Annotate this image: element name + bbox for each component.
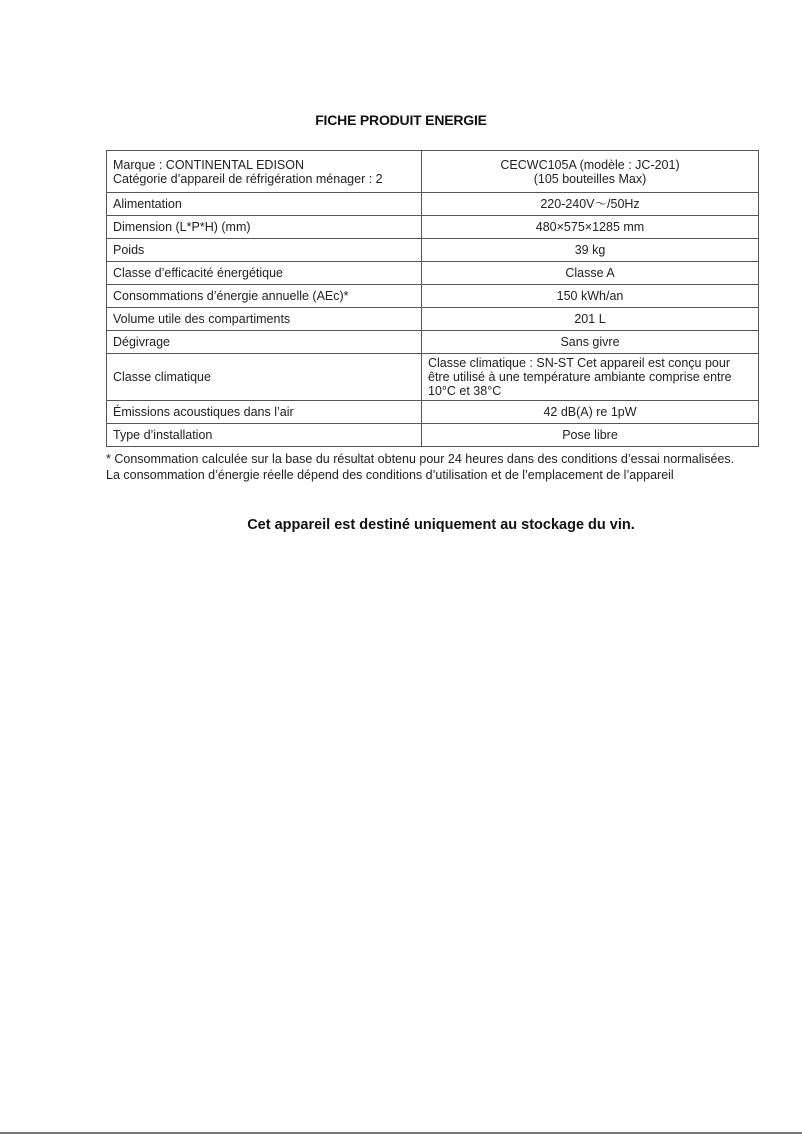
table-row: Classe d’efficacité énergétique Classe A: [107, 262, 759, 285]
climate-label: Classe climatique: [107, 354, 422, 401]
row-value: Sans givre: [422, 331, 759, 354]
row-label: Consommations d’énergie annuelle (AEc)*: [107, 285, 422, 308]
row-value: 201 L: [422, 308, 759, 331]
table-row: Dégivrage Sans givre: [107, 331, 759, 354]
row-label: Classe d’efficacité énergétique: [107, 262, 422, 285]
row-value: 480×575×1285 mm: [422, 216, 759, 239]
category-label: Catégorie d’appareil de réfrigération mé…: [113, 172, 415, 186]
wine-storage-notice: Cet appareil est destiné uniquement au s…: [0, 517, 802, 533]
footnote-line: * Consommation calculée sur la base du r…: [106, 451, 786, 467]
row-label: Type d’installation: [107, 424, 422, 447]
climate-value-line: 10°C et 38°C: [428, 384, 752, 398]
row-value: Pose libre: [422, 424, 759, 447]
row-label: Alimentation: [107, 193, 422, 216]
footnote-line: La consommation d’énergie réelle dépend …: [106, 467, 786, 483]
row-value: Classe A: [422, 262, 759, 285]
table-row: Alimentation 220-240V～/50Hz: [107, 193, 759, 216]
climate-value-line: Classe climatique : SN-ST Cet appareil e…: [428, 356, 752, 370]
document-title: FICHE PRODUIT ENERGIE: [0, 112, 802, 128]
table-row-brand: Marque : CONTINENTAL EDISON Catégorie d’…: [107, 151, 759, 193]
row-label: Dégivrage: [107, 331, 422, 354]
brand-value-cell: CECWC105A (modèle : JC-201) (105 bouteil…: [422, 151, 759, 193]
climate-value-cell: Classe climatique : SN-ST Cet appareil e…: [422, 354, 759, 401]
footnote: * Consommation calculée sur la base du r…: [106, 451, 786, 483]
row-value: 220-240V～/50Hz: [422, 193, 759, 216]
row-value: 150 kWh/an: [422, 285, 759, 308]
table-row: Dimension (L*P*H) (mm) 480×575×1285 mm: [107, 216, 759, 239]
table-row: Poids 39 kg: [107, 239, 759, 262]
table-row: Consommations d’énergie annuelle (AEc)* …: [107, 285, 759, 308]
table-row-climate: Classe climatique Classe climatique : SN…: [107, 354, 759, 401]
row-label: Émissions acoustiques dans l’air: [107, 401, 422, 424]
row-value: 42 dB(A) re 1pW: [422, 401, 759, 424]
row-value: 39 kg: [422, 239, 759, 262]
capacity-value: (105 bouteilles Max): [428, 172, 752, 186]
row-label: Dimension (L*P*H) (mm): [107, 216, 422, 239]
row-label: Volume utile des compartiments: [107, 308, 422, 331]
brand-label: Marque : CONTINENTAL EDISON: [113, 158, 415, 172]
climate-value-line: être utilisé à une température ambiante …: [428, 370, 752, 384]
model-value: CECWC105A (modèle : JC-201): [428, 158, 752, 172]
table-row: Émissions acoustiques dans l’air 42 dB(A…: [107, 401, 759, 424]
brand-label-cell: Marque : CONTINENTAL EDISON Catégorie d’…: [107, 151, 422, 193]
document-title-text: FICHE PRODUIT ENERGIE: [315, 112, 487, 128]
table-row: Type d’installation Pose libre: [107, 424, 759, 447]
table-row: Volume utile des compartiments 201 L: [107, 308, 759, 331]
energy-spec-table: Marque : CONTINENTAL EDISON Catégorie d’…: [106, 150, 759, 447]
row-label: Poids: [107, 239, 422, 262]
